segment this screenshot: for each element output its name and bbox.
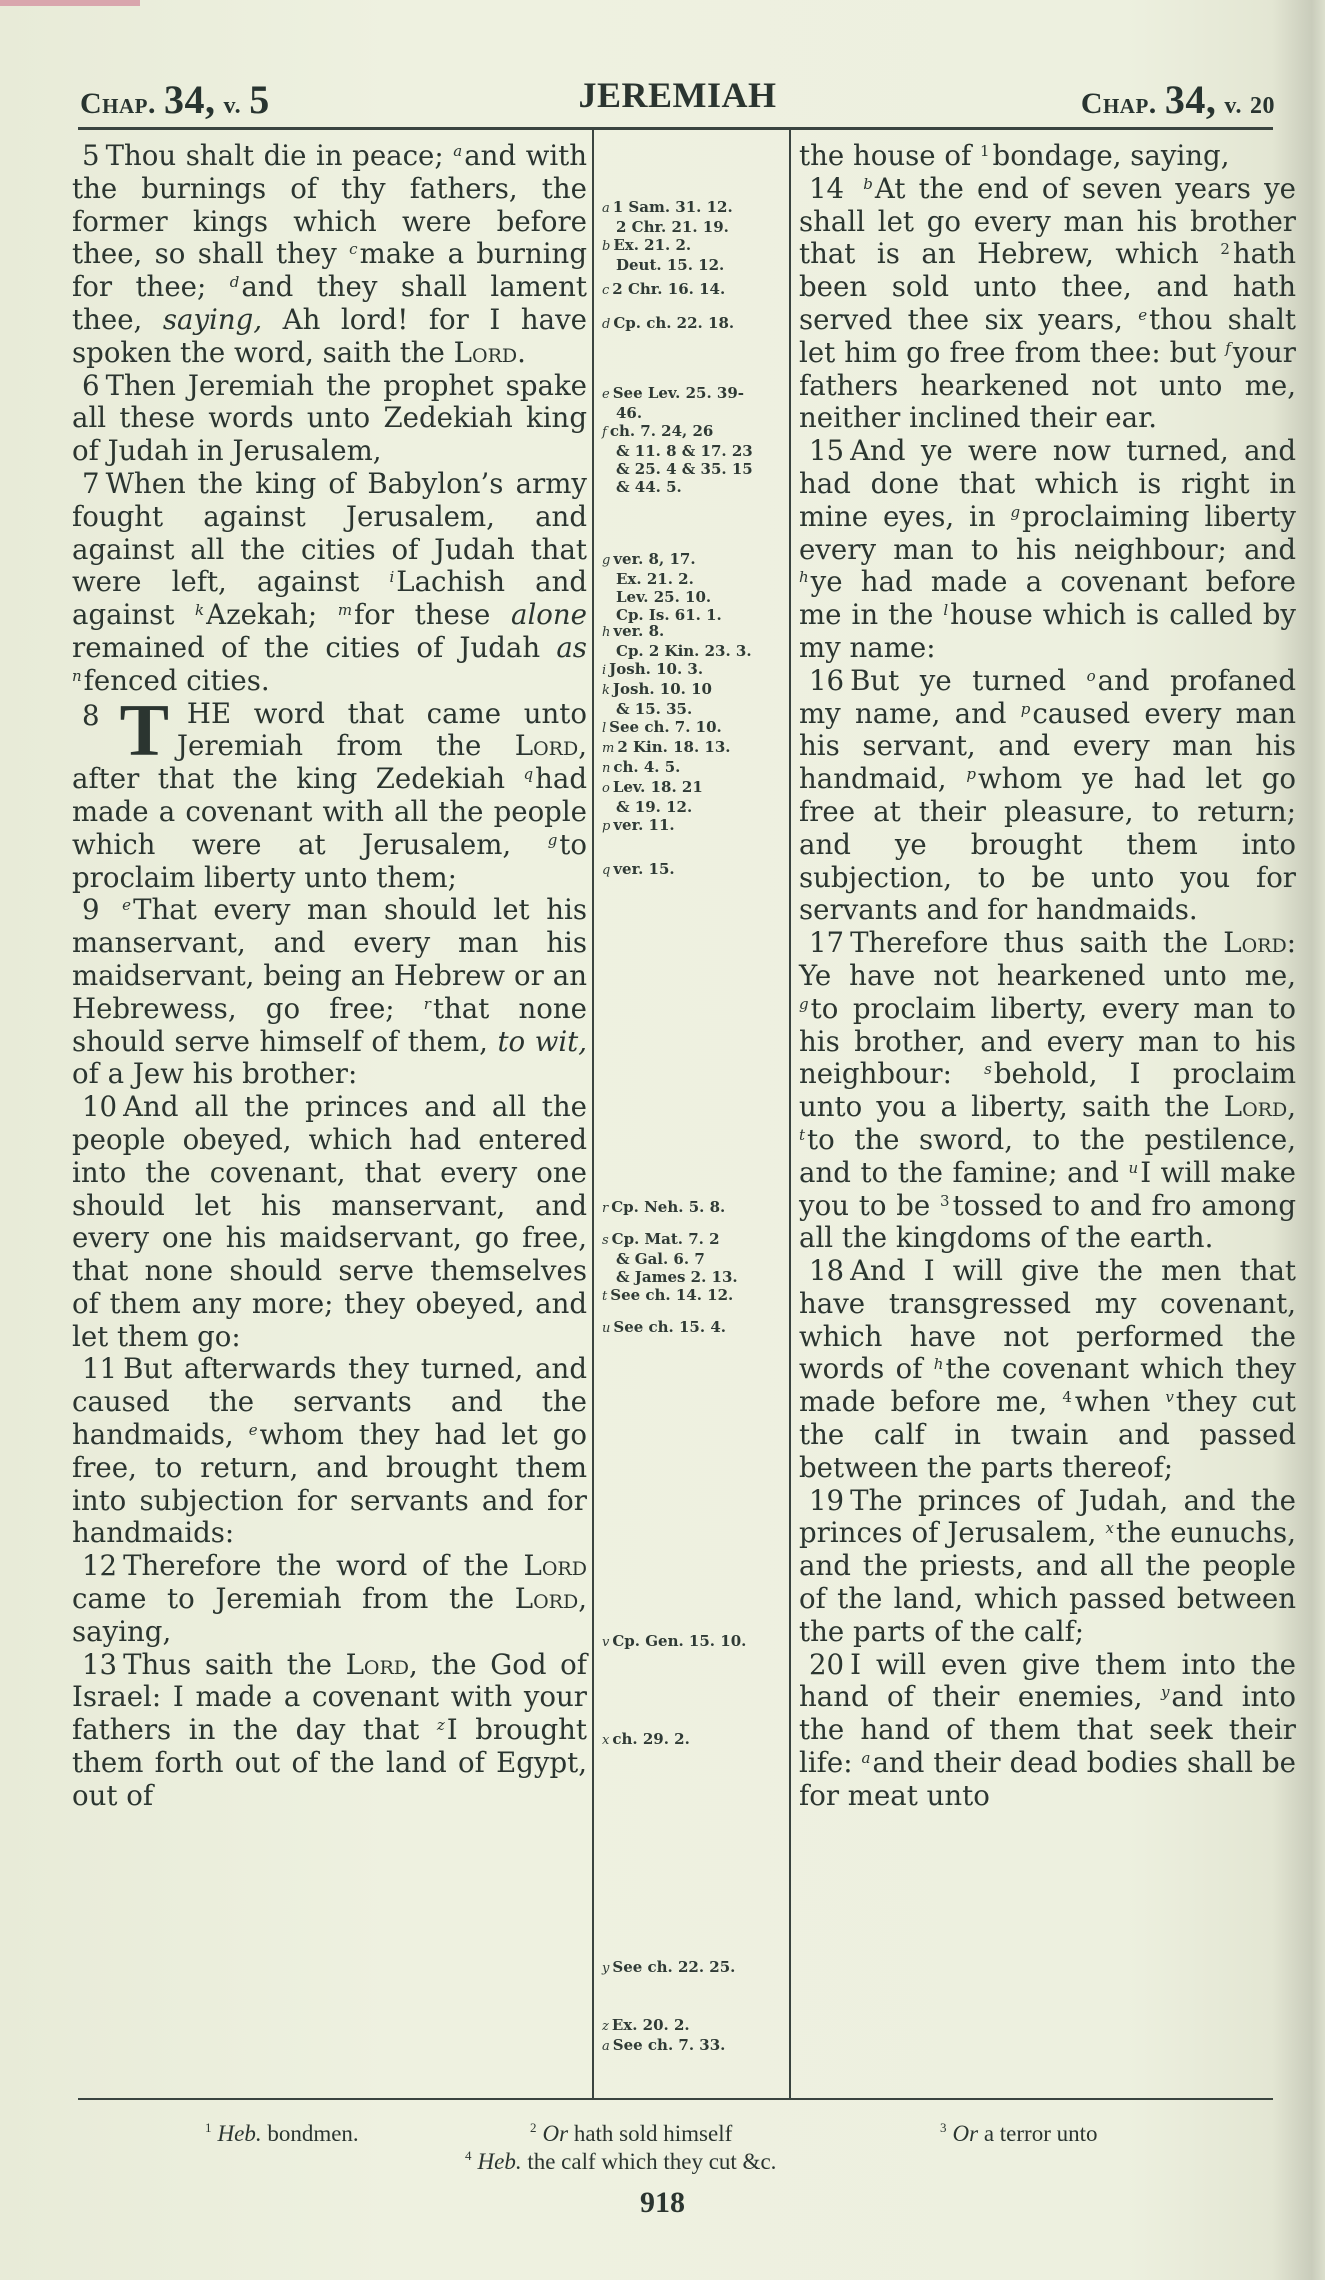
- page-header: Chap. 34, v. 5 JEREMIAH Chap. 34, v. 20: [80, 70, 1275, 126]
- verse-7: 7When the king of Babylon’s army fought …: [72, 468, 587, 698]
- cross-reference: tSee ch. 14. 12.: [602, 1286, 790, 1306]
- cross-reference-line: rCp. Neh. 5. 8.: [602, 1198, 790, 1218]
- cross-reference: iJosh. 10. 3.: [602, 660, 790, 680]
- cross-reference-line: fch. 7. 24, 26: [602, 422, 790, 442]
- cross-ref-mark: i: [389, 568, 394, 586]
- cross-reference: pver. 11.: [602, 816, 790, 836]
- cross-ref-mark: r: [424, 995, 431, 1013]
- cross-ref-mark: u: [602, 1321, 610, 1336]
- cross-ref-mark: v: [1165, 1388, 1173, 1406]
- cross-ref-mark: o: [602, 781, 610, 796]
- drop-cap: T: [110, 702, 169, 760]
- footnote-4: 4Heb. the calf which they cut &c.: [465, 2148, 776, 2175]
- cross-reference-line: zEx. 20. 2.: [602, 2016, 790, 2036]
- cross-ref-mark: z: [437, 1716, 445, 1734]
- cross-ref-mark: l: [943, 601, 948, 619]
- verse-13-continued: the house of 1bondage, saying,: [799, 140, 1296, 173]
- cross-reference-line: eSee Lev. 25. 39-: [602, 384, 790, 404]
- footnote-2: 2Or hath sold himself: [530, 2120, 732, 2147]
- cross-ref-mark: z: [602, 2019, 609, 2034]
- cross-reference-line: & James 2. 13.: [602, 1268, 790, 1286]
- cross-reference-line: kJosh. 10. 10: [602, 680, 790, 700]
- footnote-3: 3Or a terror unto: [940, 2120, 1098, 2147]
- cross-reference-line: & 19. 12.: [602, 798, 790, 816]
- cross-ref-mark: g: [602, 553, 610, 568]
- footnote-rule: [78, 2098, 1273, 2100]
- cross-reference-line: & 44. 5.: [602, 478, 790, 496]
- cross-ref-mark: g: [1011, 503, 1021, 521]
- cross-ref-mark: u: [1129, 1159, 1139, 1177]
- cross-ref-mark: b: [863, 175, 873, 193]
- cross-reference-line: a1 Sam. 31. 12.: [602, 198, 790, 218]
- cross-reference-line: ySee ch. 22. 25.: [602, 1958, 790, 1978]
- text-column-right: the house of 1bondage, saying, 14 bAt th…: [799, 140, 1296, 1813]
- cross-reference-line: qver. 15.: [602, 860, 790, 880]
- cross-ref-mark: e: [1138, 306, 1147, 324]
- cross-reference: ySee ch. 22. 25.: [602, 1958, 790, 1978]
- text-column-left: 5Thou shalt die in peace; aand with the …: [72, 140, 587, 1813]
- cross-reference-line: hver. 8.: [602, 622, 790, 642]
- cross-reference: xch. 29. 2.: [602, 1730, 790, 1750]
- cross-ref-mark: q: [524, 765, 534, 783]
- cross-reference-line: xch. 29. 2.: [602, 1730, 790, 1750]
- cross-ref-mark: a: [862, 1749, 871, 1767]
- cross-ref-mark: c: [349, 240, 357, 258]
- cross-reference-line: vCp. Gen. 15. 10.: [602, 1632, 790, 1652]
- cross-ref-mark: d: [602, 317, 610, 332]
- cross-reference-line: lSee ch. 7. 10.: [602, 718, 790, 738]
- cross-reference-line: pver. 11.: [602, 816, 790, 836]
- cross-reference: hver. 8.Cp. 2 Kin. 23. 3.: [602, 622, 790, 660]
- verse-11: 11But afterwards they turned, and caused…: [72, 1353, 587, 1550]
- verse-19: 19The princes of Judah, and the princes …: [799, 1485, 1296, 1649]
- cross-reference-line: aSee ch. 7. 33.: [602, 2036, 790, 2056]
- column-divider-left: [592, 130, 594, 2098]
- footnote-1: 1Heb. bondmen.: [205, 2120, 359, 2147]
- cross-reference: rCp. Neh. 5. 8.: [602, 1198, 790, 1218]
- cross-ref-mark: i: [602, 663, 606, 678]
- cross-ref-mark: h: [934, 1355, 944, 1373]
- cross-reference-line: oLev. 18. 21: [602, 778, 790, 798]
- cross-reference-line: uSee ch. 15. 4.: [602, 1318, 790, 1338]
- cross-reference-line: iJosh. 10. 3.: [602, 660, 790, 680]
- cross-reference-line: 46.: [602, 404, 790, 422]
- verse-18: 18And I will give the men that have tran…: [799, 1255, 1296, 1485]
- verse-10: 10And all the princes and all the people…: [72, 1091, 587, 1353]
- cross-reference-line: & 25. 4 & 35. 15: [602, 460, 790, 478]
- cross-ref-mark: x: [602, 1733, 609, 1748]
- verse-6: 6Then Jeremiah the prophet spake all the…: [72, 370, 587, 468]
- cross-reference: zEx. 20. 2.: [602, 2016, 790, 2036]
- cross-reference: sCp. Mat. 7. 2& Gal. 6. 7& James 2. 13.: [602, 1230, 790, 1286]
- verse-17: 17Therefore thus saith the Lord: Ye have…: [799, 927, 1296, 1255]
- cross-reference-line: dCp. ch. 22. 18.: [602, 314, 790, 334]
- cross-ref-mark: n: [72, 667, 82, 685]
- footnote-mark: 1: [980, 142, 990, 160]
- cross-reference-line: tSee ch. 14. 12.: [602, 1286, 790, 1306]
- cross-reference: aSee ch. 7. 33.: [602, 2036, 790, 2056]
- cross-ref-mark: f: [602, 425, 607, 440]
- cross-reference: oLev. 18. 21& 19. 12.: [602, 778, 790, 816]
- cross-ref-mark: m: [602, 741, 614, 756]
- cross-ref-mark: k: [195, 601, 204, 619]
- header-rule: [78, 127, 1273, 130]
- running-head-right: Chap. 34, v. 20: [1081, 76, 1275, 123]
- cross-reference: qver. 15.: [602, 860, 790, 880]
- footnote-mark: 3: [940, 1192, 950, 1210]
- verse-13: 13Thus saith the Lord, the God of Israel…: [72, 1649, 587, 1813]
- cross-reference-line: & 11. 8 & 17. 23: [602, 442, 790, 460]
- cross-ref-mark: p: [602, 819, 610, 834]
- cross-reference-line: 2 Chr. 21. 19.: [602, 218, 790, 236]
- page-edge-tint: [0, 0, 140, 6]
- cross-reference: m2 Kin. 18. 13.: [602, 738, 790, 758]
- cross-reference-line: c2 Chr. 16. 14.: [602, 280, 790, 300]
- cross-ref-mark: a: [602, 201, 610, 216]
- cross-reference: dCp. ch. 22. 18.: [602, 314, 790, 334]
- cross-ref-mark: s: [602, 1233, 609, 1248]
- bible-page: Chap. 34, v. 5 JEREMIAH Chap. 34, v. 20 …: [0, 0, 1325, 2280]
- cross-reference: eSee Lev. 25. 39-46.: [602, 384, 790, 422]
- cross-ref-mark: h: [602, 625, 610, 640]
- cross-ref-mark: p: [1021, 700, 1031, 718]
- cross-reference: c2 Chr. 16. 14.: [602, 280, 790, 300]
- cross-reference-line: & 15. 35.: [602, 700, 790, 718]
- cross-reference: kJosh. 10. 10& 15. 35.: [602, 680, 790, 718]
- cross-ref-mark: n: [602, 761, 610, 776]
- cross-ref-mark: t: [602, 1289, 607, 1304]
- cross-reference-line: gver. 8, 17.: [602, 550, 790, 570]
- cross-ref-mark: y: [602, 1961, 609, 1976]
- cross-ref-mark: e: [602, 387, 610, 402]
- cross-ref-mark: v: [602, 1635, 609, 1650]
- cross-ref-mark: g: [799, 995, 809, 1013]
- cross-ref-mark: e: [122, 896, 131, 914]
- verse-16: 16But ye turned oand profaned my name, a…: [799, 665, 1296, 927]
- cross-ref-mark: d: [230, 273, 240, 291]
- cross-reference-line: & Gal. 6. 7: [602, 1250, 790, 1268]
- cross-ref-mark: x: [1105, 1519, 1113, 1537]
- cross-reference-line: Lev. 25. 10.: [602, 588, 790, 606]
- verse-15: 15And ye were now turned, and had done t…: [799, 435, 1296, 665]
- cross-ref-mark: e: [249, 1421, 258, 1439]
- cross-reference-line: nch. 4. 5.: [602, 758, 790, 778]
- cross-reference-line: Deut. 15. 12.: [602, 256, 790, 274]
- cross-reference-line: sCp. Mat. 7. 2: [602, 1230, 790, 1250]
- cross-ref-mark: o: [1087, 667, 1096, 685]
- verse-5: 5Thou shalt die in peace; aand with the …: [72, 140, 587, 370]
- cross-ref-mark: s: [984, 1060, 992, 1078]
- verse-8: 8 T HE word that came unto Jeremiah from…: [72, 698, 587, 895]
- cross-ref-mark: r: [602, 1201, 608, 1216]
- verse-20: 20I will even give them into the hand of…: [799, 1649, 1296, 1813]
- cross-reference: gver. 8, 17.Ex. 21. 2.Lev. 25. 10.Cp. Is…: [602, 550, 790, 624]
- cross-ref-mark: a: [602, 2039, 610, 2054]
- cross-reference-line: Ex. 21. 2.: [602, 570, 790, 588]
- footnote-mark: 4: [1062, 1388, 1072, 1406]
- cross-ref-mark: b: [602, 239, 610, 254]
- cross-reference: vCp. Gen. 15. 10.: [602, 1632, 790, 1652]
- cross-reference: a1 Sam. 31. 12.2 Chr. 21. 19.: [602, 198, 790, 236]
- verse-12: 12Therefore the word of the Lord came to…: [72, 1550, 587, 1648]
- verse-9: 9 eThat every man should let his manserv…: [72, 894, 587, 1091]
- cross-ref-mark: c: [602, 283, 609, 298]
- cross-reference: bEx. 21. 2.Deut. 15. 12.: [602, 236, 790, 274]
- cross-ref-mark: m: [338, 601, 352, 619]
- cross-reference: lSee ch. 7. 10.: [602, 718, 790, 738]
- cross-reference-line: m2 Kin. 18. 13.: [602, 738, 790, 758]
- cross-ref-mark: y: [1161, 1683, 1169, 1701]
- cross-ref-mark: t: [799, 1126, 805, 1144]
- footnote-mark: 2: [1220, 240, 1230, 258]
- cross-reference: uSee ch. 15. 4.: [602, 1318, 790, 1338]
- cross-reference-line: Cp. 2 Kin. 23. 3.: [602, 642, 790, 660]
- page-number: 918: [0, 2186, 1325, 2220]
- cross-ref-mark: p: [966, 765, 976, 783]
- cross-ref-mark: h: [799, 568, 809, 586]
- cross-ref-mark: f: [1225, 339, 1231, 357]
- cross-ref-mark: l: [602, 721, 606, 736]
- verse-14: 14 bAt the end of seven years ye shall l…: [799, 173, 1296, 435]
- cross-ref-mark: a: [453, 142, 462, 160]
- cross-ref-mark: g: [548, 831, 558, 849]
- cross-ref-mark: k: [602, 683, 610, 698]
- cross-reference: nch. 4. 5.: [602, 758, 790, 778]
- cross-ref-mark: q: [602, 863, 610, 878]
- cross-reference-line: bEx. 21. 2.: [602, 236, 790, 256]
- cross-reference: fch. 7. 24, 26& 11. 8 & 17. 23& 25. 4 & …: [602, 422, 790, 496]
